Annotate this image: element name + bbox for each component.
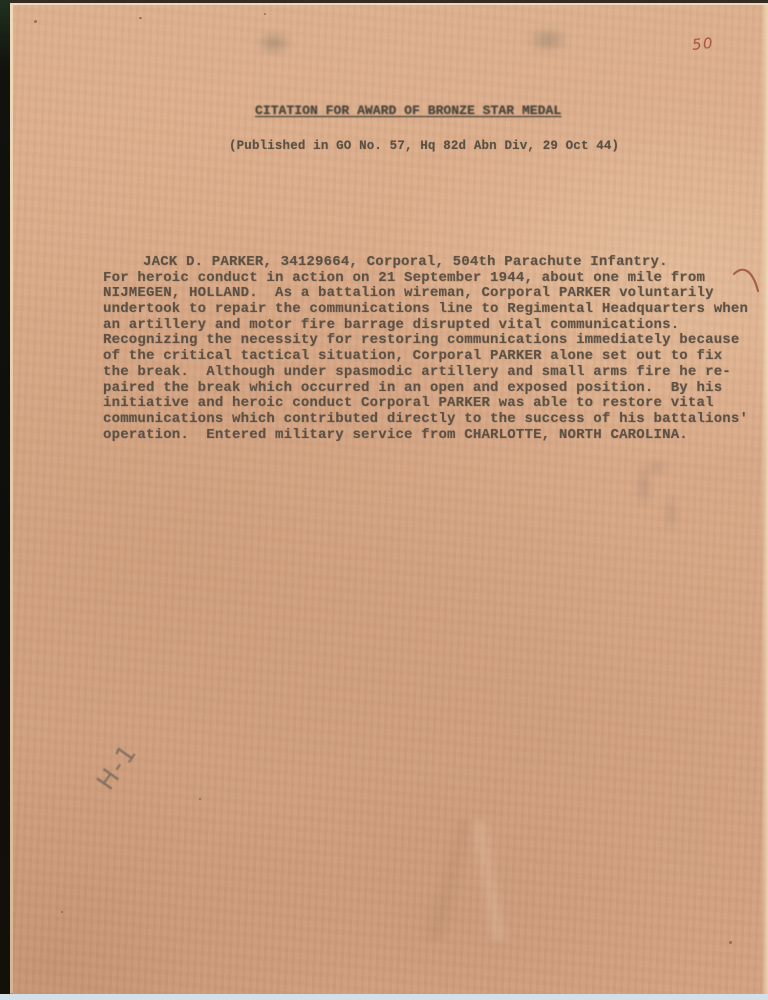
scan-edge-top-highlight (0, 3, 768, 5)
ink-speck (61, 911, 63, 913)
citation-body-line: Recognizing the necessity for restoring … (103, 333, 765, 349)
scan-edge-left-highlight (10, 5, 13, 993)
paper-wrinkle (300, 820, 600, 940)
handwritten-page-number: 50 (691, 34, 715, 54)
citation-body-line: NIJMEGEN, HOLLAND. As a battalion wirema… (103, 286, 765, 302)
citation-body-line: operation. Entered military service from… (103, 428, 765, 444)
ink-speck (264, 13, 266, 15)
citation-body-line: initiative and heroic conduct Corporal P… (103, 396, 765, 412)
ink-speck (139, 17, 142, 19)
document-title: CITATION FOR AWARD OF BRONZE STAR MEDAL (255, 103, 561, 118)
citation-body-line: communications which contributed directl… (103, 412, 765, 428)
ghost-ink-stain (618, 458, 704, 550)
scan-edge-left (0, 0, 10, 994)
citation-body-line: of the critical tactical situation, Corp… (103, 349, 765, 365)
smudge-stain (255, 30, 293, 56)
scanned-document-page: CITATION FOR AWARD OF BRONZE STAR MEDAL … (0, 0, 768, 1000)
citation-body-line: paired the break which occurred in an op… (103, 381, 765, 397)
citation-body-line: undertook to repair the communications l… (103, 302, 765, 318)
ink-speck (34, 20, 37, 23)
paper-right-edge (761, 3, 768, 994)
smudge-stain (526, 26, 570, 54)
pen-check-mark (731, 265, 765, 295)
publication-reference: (Published in GO No. 57, Hq 82d Abn Div,… (229, 139, 619, 153)
ink-speck (199, 798, 201, 800)
citation-body-line: JACK D. PARKER, 34129664, Corporal, 504t… (103, 255, 765, 271)
ink-speck (729, 941, 732, 944)
scan-edge-bottom (0, 994, 768, 1000)
citation-body-line: the break. Although under spasmodic arti… (103, 365, 765, 381)
citation-paragraph: JACK D. PARKER, 34129664, Corporal, 504t… (103, 255, 765, 443)
